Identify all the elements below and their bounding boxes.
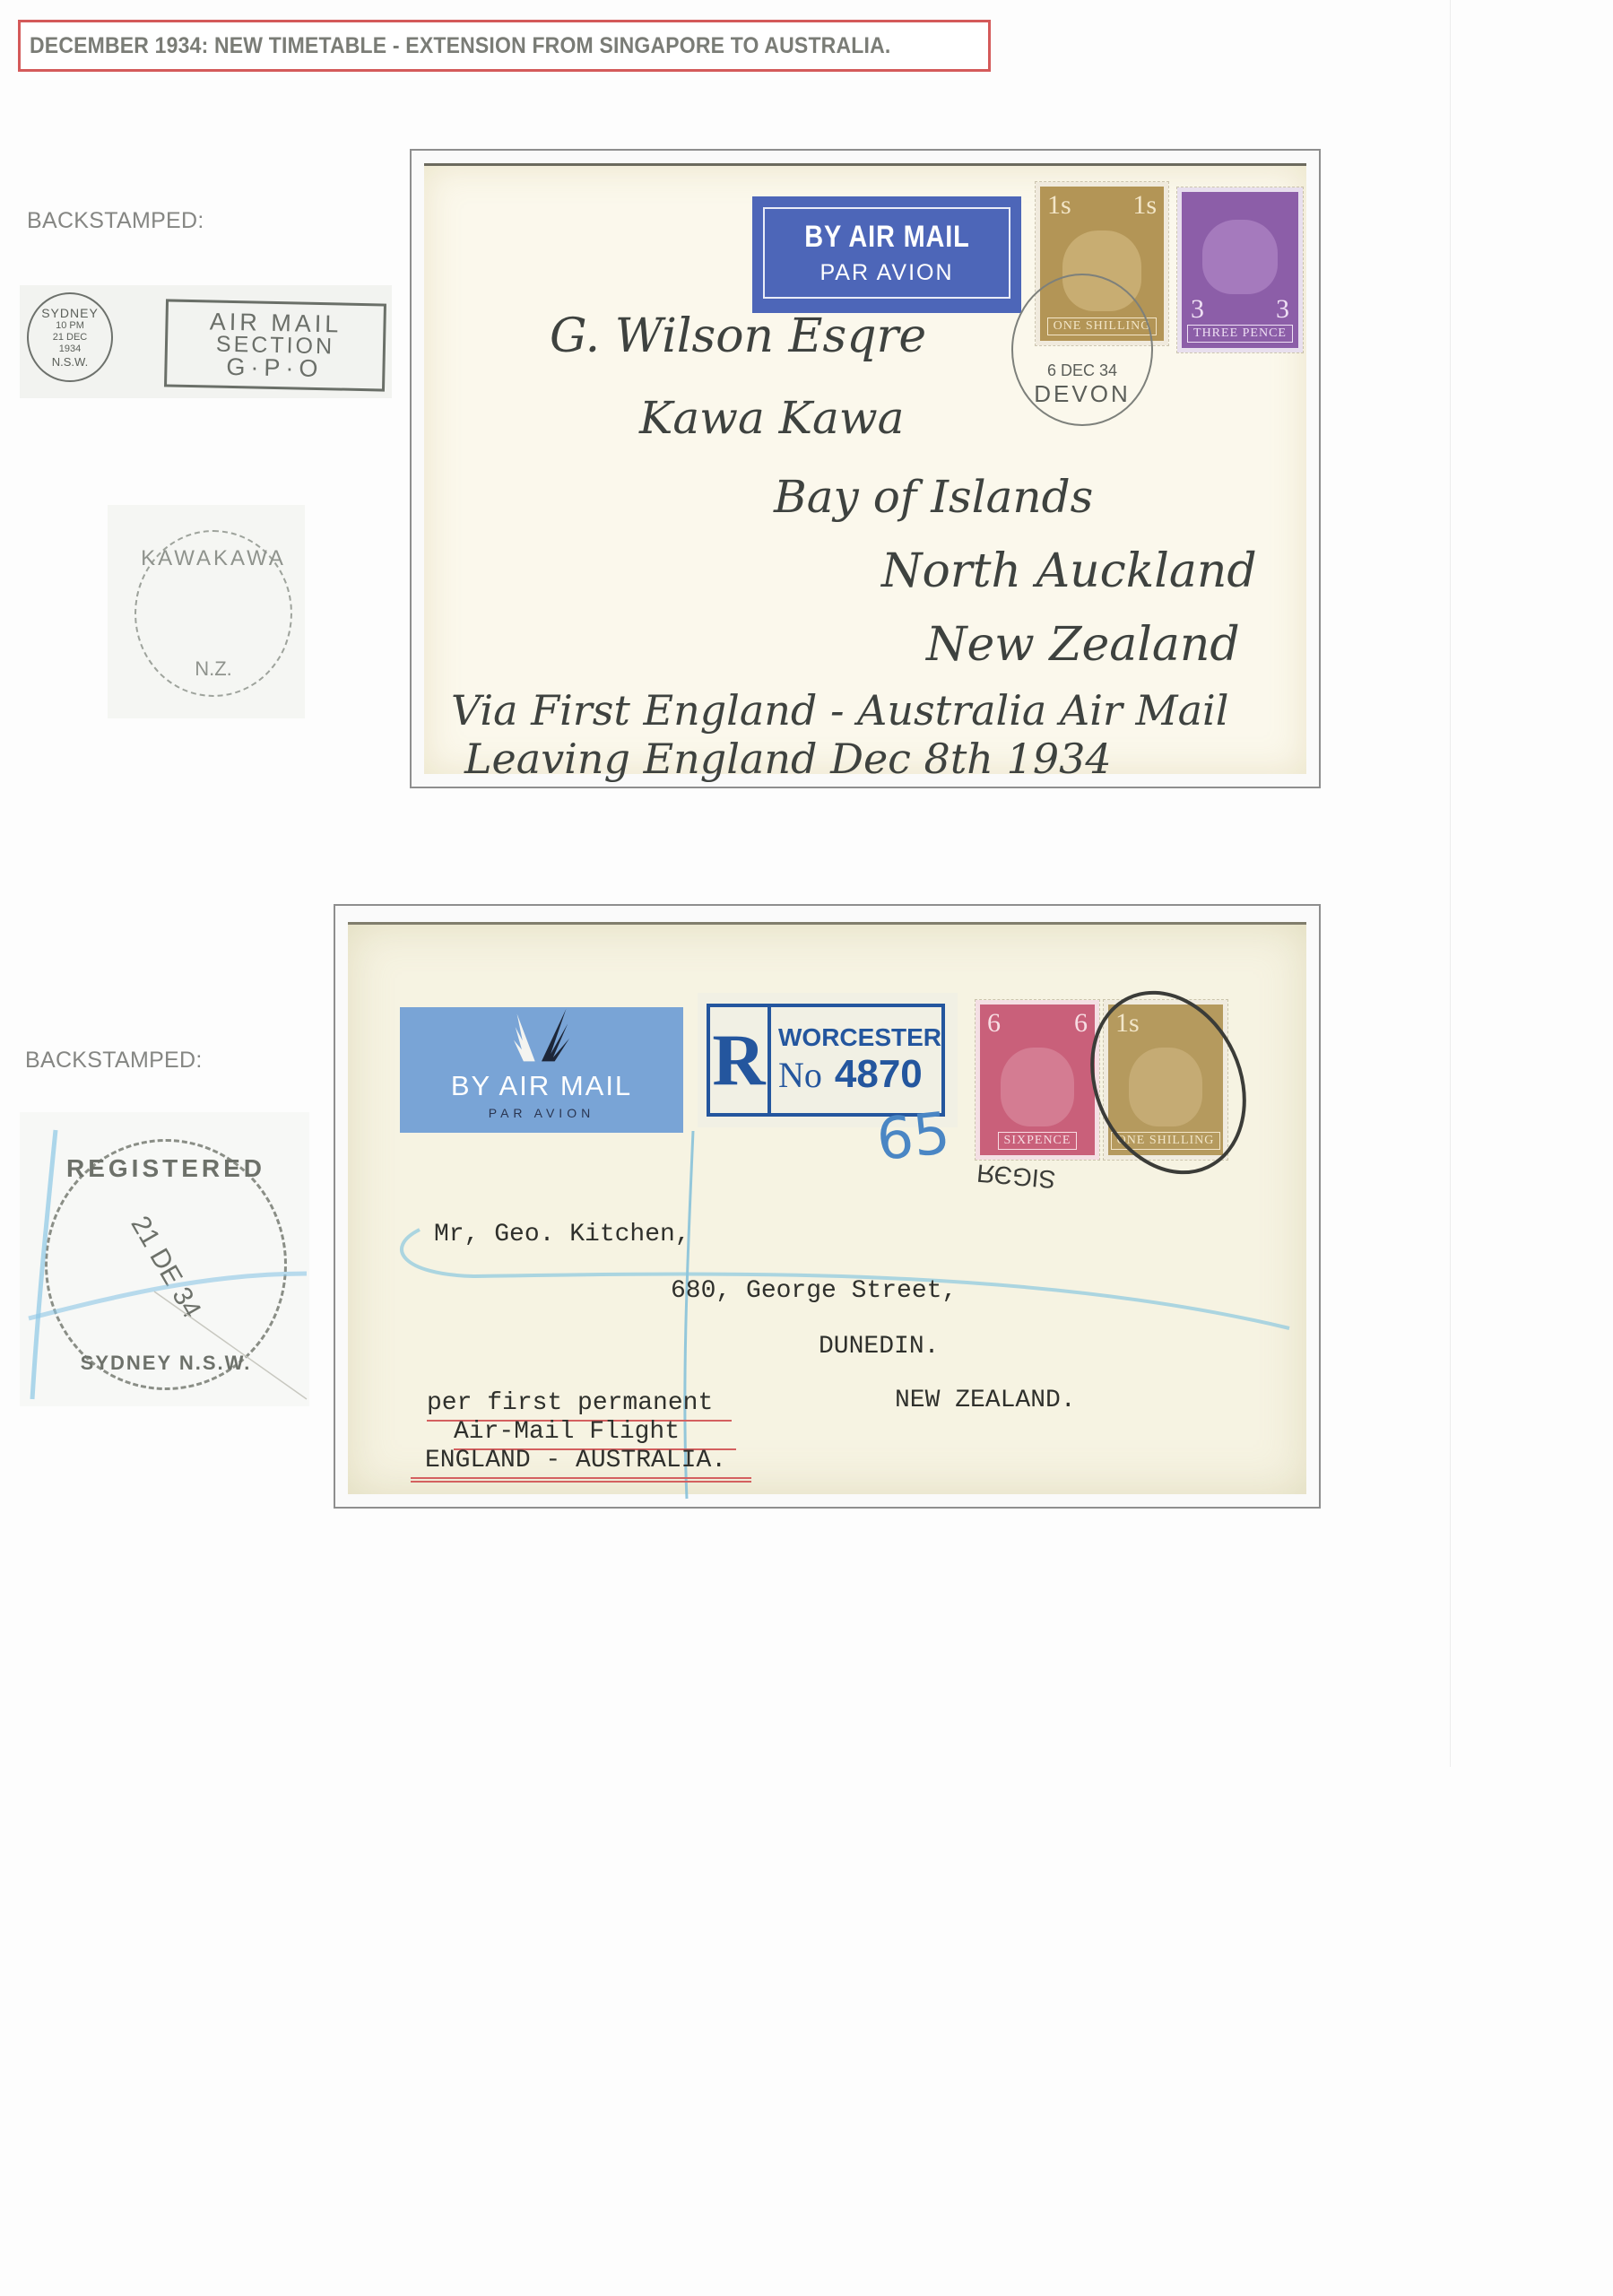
address-line-district: Bay of Islands xyxy=(774,471,1093,523)
endorsement-line-3: ENGLAND - AUSTRALIA. xyxy=(425,1447,726,1474)
postmark-town: SYDNEY xyxy=(41,306,99,320)
stamp-three-pence: 33 THREE PENCE xyxy=(1177,187,1303,352)
address-line-name: Mr, Geo. Kitchen, xyxy=(434,1221,690,1248)
cover-1-mount: BY AIR MAIL PAR AVION 1s1s ONE SHILLING … xyxy=(410,149,1321,788)
airmail-etiquette-line1: BY AIR MAIL xyxy=(451,1070,632,1102)
stamp-sixpence: 66 SIXPENCE xyxy=(976,1000,1099,1160)
handstamp-line: G·P·O xyxy=(226,355,323,379)
registration-number: 4870 xyxy=(835,1052,923,1096)
registration-office: WORCESTER xyxy=(778,1023,941,1052)
stamp-legend: ONE SHILLING xyxy=(1111,1132,1221,1150)
backstamp-image-registered-sydney: REGISTERED 21 DE 34 SYDNEY N.S.W. xyxy=(20,1112,309,1406)
airmail-etiquette-line1: BY AIR MAIL xyxy=(804,220,969,255)
endorsement-line-2: Leaving England Dec 8th 1934 xyxy=(464,735,1112,783)
postmark-date: 6 DEC 34 xyxy=(1047,361,1117,380)
stamp-value: 1s xyxy=(1132,190,1157,221)
registered-sydney-postmark: REGISTERED 21 DE 34 SYDNEY N.S.W. xyxy=(45,1139,287,1390)
postmark-time: 10 PM xyxy=(56,320,84,332)
cover-1-envelope: BY AIR MAIL PAR AVION 1s1s ONE SHILLING … xyxy=(424,163,1306,774)
red-underline xyxy=(411,1477,751,1479)
stamp-value: 3 xyxy=(1276,294,1289,325)
king-george-v-portrait xyxy=(1001,1048,1074,1126)
stamp-value: 3 xyxy=(1191,294,1204,325)
stamp-value: 1s xyxy=(1047,190,1071,221)
postmark-date: 21 DEC xyxy=(53,332,88,344)
address-line-country: NEW ZEALAND. xyxy=(895,1387,1076,1414)
stamp-legend: THREE PENCE xyxy=(1187,325,1293,343)
address-line-name: G. Wilson Esqre xyxy=(550,309,926,363)
postmark-registered: REGISTERED xyxy=(66,1154,265,1183)
postmark-state: N.S.W. xyxy=(52,355,88,369)
airmail-etiquette-1: BY AIR MAIL PAR AVION xyxy=(752,196,1021,313)
air-mail-section-handstamp: AIR MAIL SECTION G·P·O xyxy=(164,299,386,391)
seaton-devon-postmark: 6 DEC 34 DEVON xyxy=(1011,274,1153,426)
postmark-date: 21 DE 34 xyxy=(125,1211,207,1323)
address-line-town: Kawa Kawa xyxy=(639,392,904,444)
endorsement-line-1: Via First England - Australia Air Mail xyxy=(451,686,1228,735)
stamp-value: 1s xyxy=(1115,1008,1140,1039)
registration-letter: R xyxy=(710,1007,771,1113)
stamp-legend: SIXPENCE xyxy=(998,1132,1078,1150)
address-line-country: New Zealand xyxy=(926,618,1240,672)
postmark-town: SYDNEY N.S.W. xyxy=(81,1352,252,1375)
backstamp-image-sydney-airmail: SYDNEY 10 PM 21 DEC 1934 N.S.W. AIR MAIL… xyxy=(20,285,392,398)
postmark-county: DEVON xyxy=(1034,380,1130,408)
endorsement-line-1: per first permanent xyxy=(427,1389,713,1417)
king-george-v-portrait xyxy=(1129,1048,1202,1126)
king-george-v-portrait xyxy=(1202,220,1277,294)
stamp-one-shilling: 1s ONE SHILLING xyxy=(1104,1000,1227,1160)
wings-icon xyxy=(506,1007,577,1065)
airmail-etiquette-line2: PAR AVION xyxy=(489,1106,594,1120)
stamp-value: 6 xyxy=(1074,1008,1088,1039)
page-title-box: DECEMBER 1934: NEW TIMETABLE - EXTENSION… xyxy=(18,20,991,72)
sydney-postmark: SYDNEY 10 PM 21 DEC 1934 N.S.W. xyxy=(27,292,113,382)
postmark-year: 1934 xyxy=(59,344,81,355)
backstamp-image-kawakawa: KAWAKAWA N.Z. xyxy=(108,505,305,718)
postmark-country: N.Z. xyxy=(195,657,232,681)
postmark-town: KAWAKAWA xyxy=(141,546,286,571)
backstamp-label-1: BACKSTAMPED: xyxy=(27,208,204,234)
page-title: DECEMBER 1934: NEW TIMETABLE - EXTENSION… xyxy=(30,33,890,59)
endorsement-line-2: Air-Mail Flight xyxy=(454,1418,680,1446)
airmail-etiquette-2: BY AIR MAIL PAR AVION xyxy=(400,1007,683,1133)
address-line-city: DUNEDIN. xyxy=(819,1333,939,1361)
address-line-region: North Auckland xyxy=(881,544,1257,598)
cover-2-envelope: BY AIR MAIL PAR AVION R WORCESTER No4870… xyxy=(348,922,1306,1494)
airmail-etiquette-line2: PAR AVION xyxy=(820,260,953,286)
registration-no-label: No xyxy=(778,1055,822,1095)
page-margin-line xyxy=(1450,0,1451,1767)
svg-text:SIGЭЯ: SIGЭЯ xyxy=(976,1159,1056,1194)
kawakawa-postmark: KAWAKAWA N.Z. xyxy=(134,530,292,697)
stamp-value: 6 xyxy=(987,1008,1001,1039)
backstamp-label-2: BACKSTAMPED: xyxy=(25,1048,203,1074)
pencil-registration-fee: 65 xyxy=(873,1100,953,1174)
red-underline xyxy=(411,1481,751,1483)
address-line-street: 680, George Street, xyxy=(671,1277,957,1305)
cover-2-mount: BY AIR MAIL PAR AVION R WORCESTER No4870… xyxy=(334,904,1321,1509)
